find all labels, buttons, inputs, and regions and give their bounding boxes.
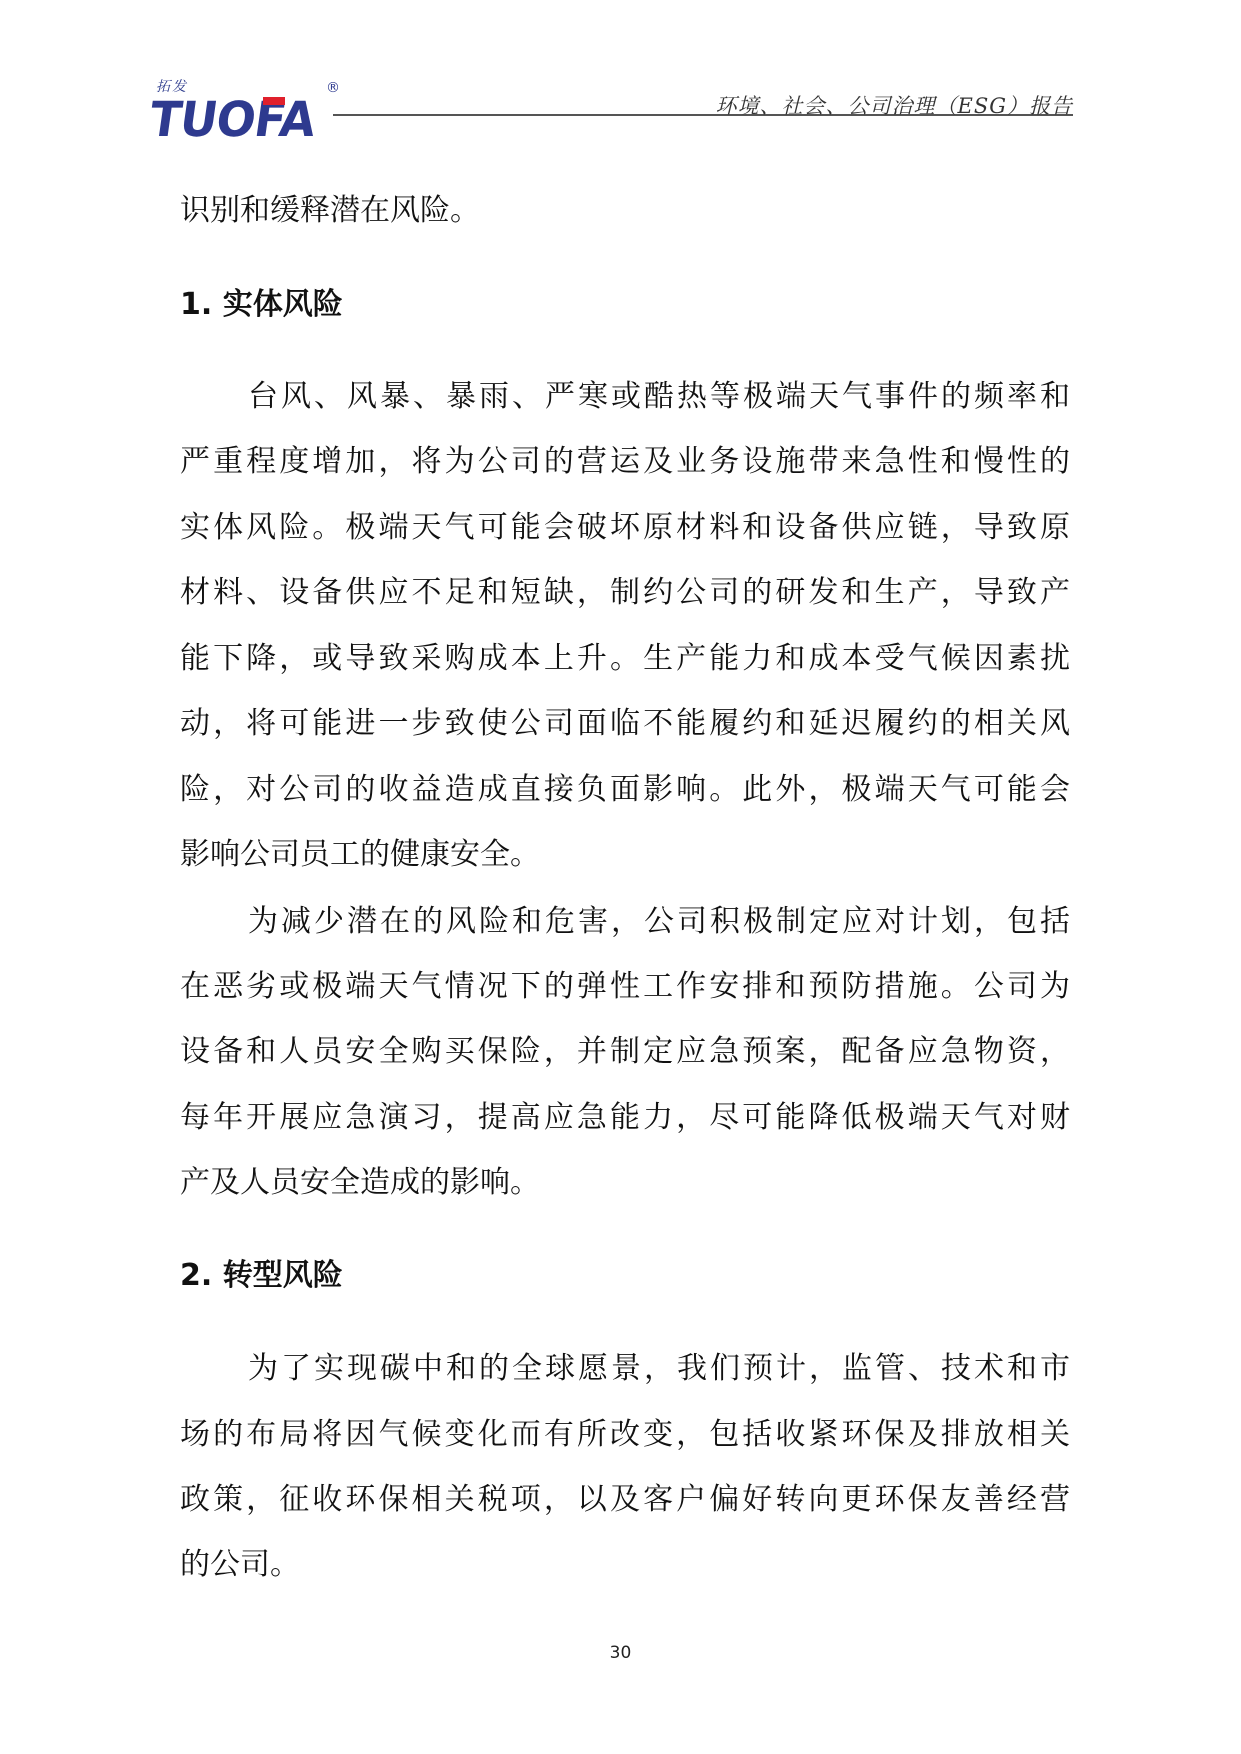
- section-heading-physical-risk: 1. 实体风险: [180, 288, 343, 322]
- paragraph-line: 严重程度增加，将为公司的营运及业务设施带来急性和慢性的: [180, 445, 1070, 479]
- paragraph-line: 材料、设备供应不足和短缺，制约公司的研发和生产，导致产: [180, 576, 1070, 610]
- page-number: 30: [0, 1643, 1241, 1663]
- paragraph-line: 为了实现碳中和的全球愿景，我们预计，监管、技术和市: [248, 1352, 1070, 1386]
- paragraph-line: 场的布局将因气候变化而有所改变，包括收紧环保及排放相关: [180, 1418, 1070, 1452]
- registered-mark-icon: ®: [326, 80, 340, 96]
- paragraph-line: 产及人员安全造成的影响。: [180, 1166, 540, 1200]
- section-heading-transition-risk: 2. 转型风险: [180, 1259, 343, 1293]
- paragraph-line: 台风、风暴、暴雨、严寒或酷热等极端天气事件的频率和: [248, 380, 1070, 414]
- intro-line: 识别和缓释潜在风险。: [180, 194, 480, 228]
- paragraph-line: 险，对公司的收益造成直接负面影响。此外，极端天气可能会: [180, 773, 1070, 807]
- paragraph-line: 动，将可能进一步致使公司面临不能履约和延迟履约的相关风: [180, 707, 1070, 741]
- paragraph-line: 的公司。: [180, 1548, 300, 1582]
- paragraph-line: 设备和人员安全购买保险，并制定应急预案，配备应急物资，: [180, 1035, 1070, 1069]
- logo-wordmark: TUOFA: [147, 95, 318, 143]
- paragraph-line: 为减少潜在的风险和危害，公司积极制定应对计划，包括: [248, 905, 1070, 939]
- paragraph-line: 实体风险。极端天气可能会破坏原材料和设备供应链，导致原: [180, 511, 1070, 545]
- paragraph-line: 每年开展应急演习，提高应急能力，尽可能降低极端天气对财: [180, 1101, 1070, 1135]
- paragraph-line: 能下降，或导致采购成本上升。生产能力和成本受气候因素扰: [180, 642, 1070, 676]
- paragraph-line: 在恶劣或极端天气情况下的弹性工作安排和预防措施。公司为: [180, 970, 1070, 1004]
- paragraph-line: 影响公司员工的健康安全。: [180, 838, 540, 872]
- paragraph-line: 政策，征收环保相关税项，以及客户偏好转向更环保友善经营: [180, 1483, 1070, 1517]
- logo-red-accent: [263, 97, 285, 105]
- report-title: 环境、社会、公司治理（ESG）报告: [716, 90, 1074, 120]
- company-logo: 拓发 TUOFA ®: [150, 76, 340, 146]
